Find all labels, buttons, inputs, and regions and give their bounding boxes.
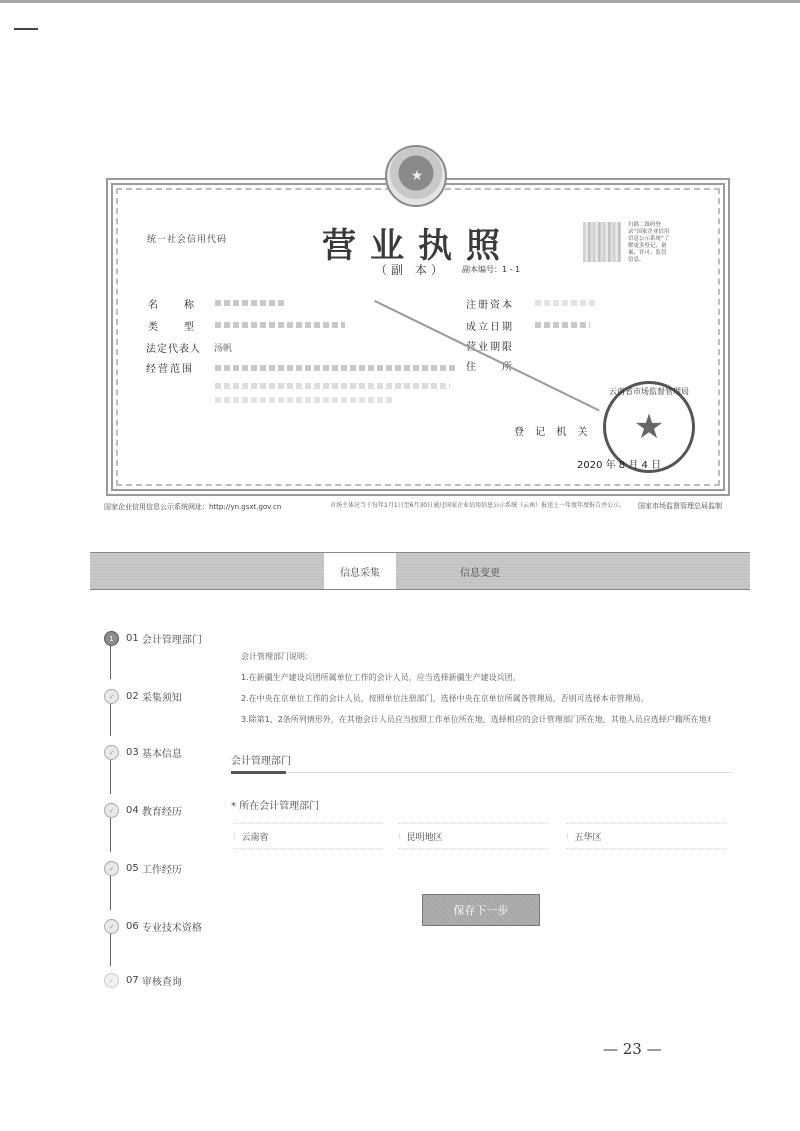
step-label: 基本信息 — [142, 745, 182, 760]
notice-item: 1.在新疆生产建设兵团所属单位工作的会计人员，应当选择新疆生产建设兵团。 — [241, 667, 711, 688]
step-07[interactable]: ✓ 07 审核查询 — [104, 973, 182, 988]
step-03[interactable]: ✓ 03 基本信息 — [104, 745, 182, 760]
license-copy-number: 副本编号：1 - 1 — [462, 264, 520, 275]
check-icon: ✓ — [104, 689, 119, 704]
step-connector — [110, 644, 111, 679]
notice-item: 2.在中央在京单位工作的会计人员，按照单位注册部门，选择中央在京单位所属各管理局… — [241, 688, 711, 709]
region-value: 昆明地区 — [407, 830, 443, 843]
province-value: 云南省 — [242, 830, 269, 843]
redacted-type — [215, 322, 345, 328]
check-icon: ✓ — [104, 745, 119, 760]
step-label: 专业技术资格 — [142, 919, 202, 934]
legal-rep-value: 汤帆 — [214, 341, 232, 354]
license-footer-notice: 市场主体应当于每年1月1日至6月30日通过国家企业信用信息公示系统（云南）报送上… — [330, 502, 630, 509]
step-connector — [110, 702, 111, 736]
license-title: 营业执照 — [322, 218, 514, 267]
field-label-type: 类 型 — [148, 318, 196, 333]
tab-bar: 信息采集 信息变更 — [90, 552, 750, 590]
field-label-founded: 成立日期 — [466, 318, 514, 333]
license-footer-issuer: 国家市场监督管理总局监制 — [638, 501, 722, 511]
section-divider — [231, 772, 731, 773]
tab-info-collection[interactable]: 信息采集 — [324, 553, 396, 589]
step-current-icon: 1 — [104, 631, 119, 646]
save-next-button[interactable]: 保存下一步 — [422, 894, 540, 926]
step-label: 采集须知 — [142, 689, 182, 704]
field-label-name: 名 称 — [148, 296, 196, 311]
step-number: 07 — [126, 975, 139, 986]
step-connector — [110, 816, 111, 852]
registration-authority-label: 登 记 机 关 — [514, 423, 592, 438]
step-label: 审核查询 — [142, 973, 182, 988]
section-title: 会计管理部门 — [231, 752, 291, 767]
redacted-scope-3 — [215, 397, 395, 403]
department-field-label: * 所在会计管理部门 — [231, 797, 319, 812]
license-subtitle: （副 本） — [375, 261, 447, 278]
field-label-capital: 注册资本 — [466, 296, 514, 311]
step-connector — [110, 874, 111, 910]
credit-code-label: 统一社会信用代码 — [147, 232, 227, 245]
province-select[interactable]: ⁝ 云南省 — [233, 823, 383, 849]
notice-heading: 会计管理部门说明： — [241, 646, 711, 667]
page-number: — 23 — — [603, 1040, 662, 1058]
step-06[interactable]: ✓ 06 专业技术资格 — [104, 919, 202, 934]
check-icon: ✓ — [104, 973, 119, 988]
check-icon: ✓ — [104, 803, 119, 818]
national-emblem-icon: ★ — [385, 145, 447, 207]
step-label: 会计管理部门 — [142, 631, 202, 646]
step-number: 02 — [126, 691, 139, 702]
step-connector — [110, 758, 111, 794]
step-label: 教育经历 — [142, 803, 182, 818]
select-marker-icon: ⁝ — [233, 832, 236, 841]
redacted-capital — [535, 300, 595, 306]
field-label-scope: 经营范围 — [146, 360, 194, 375]
check-icon: ✓ — [104, 861, 119, 876]
tab-info-change[interactable]: 信息变更 — [420, 553, 540, 589]
step-01[interactable]: 1 01 会计管理部门 — [104, 631, 202, 646]
district-value: 五华区 — [575, 830, 602, 843]
step-label: 工作经历 — [142, 861, 182, 876]
redacted-name — [215, 300, 285, 306]
district-select[interactable]: ⁝ 五华区 — [566, 823, 726, 849]
step-number: 01 — [126, 633, 139, 644]
step-02[interactable]: ✓ 02 采集须知 — [104, 689, 182, 704]
seal-text: 云南省市场监督管理局 — [608, 386, 690, 397]
redacted-scope-1 — [215, 365, 455, 371]
notice-box: 会计管理部门说明： 1.在新疆生产建设兵团所属单位工作的会计人员，应当选择新疆生… — [241, 646, 711, 730]
step-number: 04 — [126, 805, 139, 816]
step-number: 03 — [126, 747, 139, 758]
scan-top-edge — [0, 0, 800, 3]
field-label-term: 营业期限 — [466, 338, 514, 353]
issue-date: 2020 年 8 月 4 日 — [577, 456, 661, 471]
step-connector — [110, 932, 111, 966]
step-number: 06 — [126, 921, 139, 932]
select-marker-icon: ⁝ — [566, 832, 569, 841]
license-footer-website: 国家企业信用信息公示系统网址：http://yn.gsxt.gov.cn — [104, 502, 281, 512]
qr-code-icon — [583, 222, 621, 262]
region-select[interactable]: ⁝ 昆明地区 — [398, 823, 548, 849]
notice-item: 3.除第1、2条所列情形外，在其他会计人员应当按照工作单位所在地，选择相应的会计… — [241, 709, 711, 730]
step-05[interactable]: ✓ 05 工作经历 — [104, 861, 182, 876]
step-number: 05 — [126, 863, 139, 874]
check-icon: ✓ — [104, 919, 119, 934]
redacted-founded — [535, 322, 590, 328]
field-label-legal-rep: 法定代表人 — [146, 340, 201, 355]
scan-corner-mark — [14, 28, 38, 30]
redacted-scope-2 — [215, 383, 450, 389]
qr-note: 扫描二维码登录“国家企业信用信息公示系统”了解更多登记、备案、许可、监管信息。 — [628, 222, 670, 264]
step-04[interactable]: ✓ 04 教育经历 — [104, 803, 182, 818]
select-marker-icon: ⁝ — [398, 832, 401, 841]
